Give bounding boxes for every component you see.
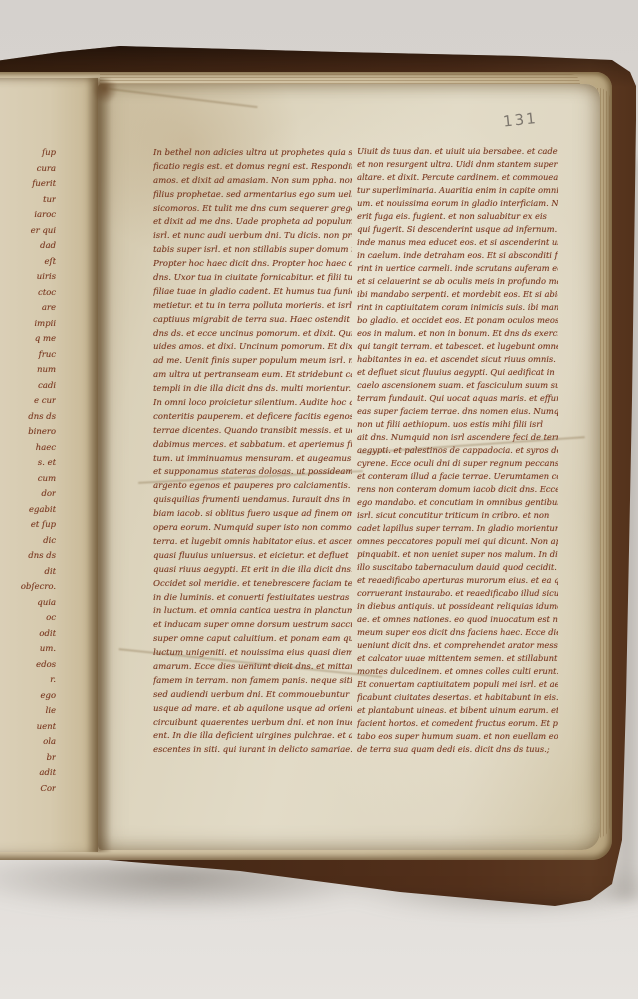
manuscript-text-line: adit [0, 766, 56, 782]
manuscript-text-line: tabo eos super humum suam. et non euella… [357, 730, 558, 743]
manuscript-text-line: escentes in siti. qui iurant in delicto … [153, 744, 352, 758]
manuscript-text-line: q me [0, 332, 56, 348]
manuscript-text-line: oc [0, 611, 56, 627]
manuscript-text-line: super omne caput caluitium. et ponam eam… [153, 633, 352, 647]
manuscript-text-line: odit [0, 627, 56, 643]
manuscript-text-line: et ſup [0, 518, 56, 534]
manuscript-text-line: qui tangit terram. et tabescet. et lugeb… [357, 340, 558, 353]
manuscript-text-line: et supponamus stateras dolosas. ut possi… [153, 466, 352, 480]
manuscript-text-line: et calcator uuae mittentem semen. et sti… [357, 652, 558, 665]
manuscript-text-line: are [0, 301, 56, 317]
manuscript-text-line: Propter hoc haec dicit dns. Propter hoc … [153, 258, 352, 272]
manuscript-text-line: luctum unigeniti. et nouissima eius quas… [153, 647, 352, 661]
manuscript-text-line: rens non conteram domum iacob dicit dns.… [357, 483, 558, 496]
gutter-fold-shadow [86, 78, 112, 852]
manuscript-text-line: biam iacob. si oblitus fuero usque ad fi… [153, 508, 352, 522]
manuscript-text-line: filius prophetae. sed armentarius ego su… [153, 189, 352, 203]
manuscript-text-line: tabis super isrl. et non stillabis super… [153, 244, 352, 258]
manuscript-text-line: dad [0, 239, 56, 255]
manuscript-text-line: opera eorum. Numquid super isto non comm… [153, 522, 352, 536]
manuscript-photo: 131 ſupcurafueritturiarocer quidadeſtuir… [0, 0, 638, 999]
manuscript-text-line: eas super faciem terrae. dns nomen eius.… [357, 405, 558, 418]
manuscript-text-line: montes dulcedinem. et omnes colles culti… [357, 665, 558, 678]
manuscript-text-line: sed audiendi uerbum dni. Et commouebuntu… [153, 689, 352, 703]
manuscript-text-line: ficabunt ciuitates desertas. et habitabu… [357, 691, 558, 704]
manuscript-text-line: erit fuga eis. fugient. et non saluabitu… [357, 210, 558, 223]
manuscript-text-line: s. et [0, 456, 56, 472]
manuscript-text-line: filiae tuae in gladio cadent. Et humus t… [153, 286, 352, 300]
manuscript-text-line: um. [0, 642, 56, 658]
manuscript-text-line: binero [0, 425, 56, 441]
manuscript-text-line: dic [0, 534, 56, 550]
facing-page-line-endings: ſupcurafueritturiarocer quidadeſtuirisct… [0, 146, 56, 806]
manuscript-text-line: in caelum. inde detraham eos. Et si absc… [357, 249, 558, 262]
manuscript-text-line: ibi mandabo serpenti. et mordebit eos. E… [357, 288, 558, 301]
manuscript-text-line: obſecro. [0, 580, 56, 596]
manuscript-text-line: e cur [0, 394, 56, 410]
manuscript-text-line: circuibunt quaerentes uerbum dni. et non… [153, 717, 352, 731]
manuscript-text-line: er qui [0, 224, 56, 240]
manuscript-text-line: omnes peccatores populi mei qui dicunt. … [357, 535, 558, 548]
manuscript-text-line: cyrene. Ecce oculi dni di super regnum p… [357, 457, 558, 470]
manuscript-text-line: usque ad mare. et ab aquilone usque ad o… [153, 703, 352, 717]
manuscript-text-line: eos in malum. et non in bonum. Et dns ds… [357, 327, 558, 340]
manuscript-text-line: ueniunt dicit dns. et comprehendet arato… [357, 639, 558, 652]
manuscript-text-line: et dixit ad me dns. Uade propheta ad pop… [153, 216, 352, 230]
manuscript-text-line: et defluet sicut fluuius aegypti. Qui ae… [357, 366, 558, 379]
manuscript-text-line: isrl. et nunc audi uerbum dni. Tu dicis.… [153, 230, 352, 244]
manuscript-text-line: ola [0, 735, 56, 751]
manuscript-text-line: dns ds [0, 549, 56, 565]
manuscript-text-line: tur [0, 193, 56, 209]
manuscript-text-line: tum. ut imminuamus mensuram. et augeamus… [153, 453, 352, 467]
manuscript-text-line: et non resurgent ultra. Uidi dnm stantem… [357, 158, 558, 171]
manuscript-text-line: ſup [0, 146, 56, 162]
manuscript-text-line: cadet lapillus super terram. In gladio m… [357, 522, 558, 535]
manuscript-text-line: impii [0, 317, 56, 333]
manuscript-text-line: In bethel non adicies ultra ut prophetes… [153, 147, 352, 161]
manuscript-text-line: et conteram illud a facie terrae. Uerumt… [357, 470, 558, 483]
manuscript-text-line: quasi fluuius uniuersus. et eicietur. et… [153, 550, 352, 564]
manuscript-text-line: facient hortos. et comedent fructus eoru… [357, 717, 558, 730]
manuscript-text-line: metietur. et tu in terra polluta morieri… [153, 300, 352, 314]
manuscript-text-line: cura [0, 162, 56, 178]
manuscript-text-line: qui fugerit. Si descenderint usque ad in… [357, 223, 558, 236]
manuscript-text-line: et si celauerint se ab oculis meis in pr… [357, 275, 558, 288]
manuscript-text-line: r. [0, 673, 56, 689]
manuscript-text-line: amos. et dixit ad amasiam. Non sum ppha.… [153, 175, 352, 189]
manuscript-text-line: um. et nouissima eorum in gladio interfi… [357, 197, 558, 210]
manuscript-text-line: argento egenos et pauperes pro calciamen… [153, 480, 352, 494]
manuscript-text-line: edos [0, 658, 56, 674]
manuscript-text-line: uides amos. et dixi. Uncinum pomorum. Et… [153, 341, 352, 355]
manuscript-text-line: Uiuit ds tuus dan. et uiuit uia bersabee… [357, 145, 558, 158]
manuscript-text-line: tur superliminaria. Auaritia enim in cap… [357, 184, 558, 197]
manuscript-text-line: rint in captiuitatem coram inimicis suis… [357, 301, 558, 314]
manuscript-text-line: famem in terram. non famem panis. neque … [153, 675, 352, 689]
manuscript-text-line: et inducam super omne dorsum uestrum sac… [153, 619, 352, 633]
manuscript-text-line: in die luminis. et conuerti festiuitates… [153, 592, 352, 606]
manuscript-text-line: ae. et omnes nationes. eo quod inuocatum… [357, 613, 558, 626]
manuscript-text-line: quisquilias frumenti uendamus. Iurauit d… [153, 494, 352, 508]
left-text-column: In bethel non adicies ultra ut prophetes… [153, 147, 352, 760]
manuscript-text-line: altare. et dixit. Percute cardinem. et c… [357, 171, 558, 184]
right-text-column: Uiuit ds tuus dan. et uiuit uia bersabee… [357, 145, 558, 758]
manuscript-text-line: non ut filii aethiopum. uos estis mihi f… [357, 418, 558, 431]
manuscript-text-line: lie [0, 704, 56, 720]
manuscript-text-line: terra. et lugebit omnis habitator eius. … [153, 536, 352, 550]
manuscript-text-line: ad me. Uenit finis super populum meum is… [153, 355, 352, 369]
manuscript-text-line: uent [0, 720, 56, 736]
manuscript-text-line: Et conuertam captiuitatem populi mei isr… [357, 678, 558, 691]
manuscript-text-line: dns ds [0, 410, 56, 426]
manuscript-text-line: cadi [0, 379, 56, 395]
manuscript-text-line: dit [0, 565, 56, 581]
manuscript-text-line: egabit [0, 503, 56, 519]
manuscript-text-line: amarum. Ecce dies ueniunt dicit dns. et … [153, 661, 352, 675]
manuscript-text-line: habitantes in ea. et ascendet sicut riuu… [357, 353, 558, 366]
manuscript-text-line: cum [0, 472, 56, 488]
manuscript-text-line: ego mandabo. et concutiam in omnibus gen… [357, 496, 558, 509]
manuscript-text-line: sicomoros. Et tulit me dns cum sequerer … [153, 203, 352, 217]
manuscript-text-line: captiuus migrabit de terra sua. Haec ost… [153, 314, 352, 328]
manuscript-text-line: iaroc [0, 208, 56, 224]
manuscript-text-line: rint in uertice carmeli. inde scrutans a… [357, 262, 558, 275]
manuscript-text-line: conteritis pauperem. et deficere facitis… [153, 411, 352, 425]
manuscript-text-line: caelo ascensionem suam. et fasciculum su… [357, 379, 558, 392]
manuscript-text-line: ego [0, 689, 56, 705]
manuscript-text-line: in luctum. et omnia cantica uestra in pl… [153, 605, 352, 619]
manuscript-text-line: eſt [0, 255, 56, 271]
manuscript-text-line: Occidet sol meridie. et tenebrescere fac… [153, 578, 352, 592]
manuscript-text-line: quia [0, 596, 56, 612]
manuscript-text-line: corruerant instaurabo. et reaedificabo i… [357, 587, 558, 600]
manuscript-text-line: ait dns. Numquid non isrl ascendere feci… [357, 431, 558, 444]
manuscript-text-line: haec [0, 441, 56, 457]
manuscript-text-line: dabimus merces. et sabbatum. et aperiemu… [153, 439, 352, 453]
manuscript-text-line: fuerit [0, 177, 56, 193]
manuscript-text-line: ent. In die illa deficient uirgines pulc… [153, 730, 352, 744]
manuscript-text-line: illo suscitabo tabernaculum dauid quod c… [357, 561, 558, 574]
manuscript-text-line: templi in die illa dicit dns ds. multi m… [153, 383, 352, 397]
manuscript-text-line: quasi riuus aegypti. Et erit in die illa… [153, 564, 352, 578]
manuscript-text-line: bo gladio. et occidet eos. Et ponam ocul… [357, 314, 558, 327]
manuscript-text-line: dor [0, 487, 56, 503]
manuscript-text-line: aegypti. et palestinos de cappadocia. et… [357, 444, 558, 457]
gutter-top-notch [92, 82, 118, 104]
manuscript-text-line: meum super eos dicit dns faciens haec. E… [357, 626, 558, 639]
manuscript-text-line: In omni loco proicietur silentium. Audit… [153, 397, 352, 411]
manuscript-text-line: isrl. sicut concutitur triticum in cribr… [357, 509, 558, 522]
manuscript-text-line: de terra sua quam dedi eis. dicit dns ds… [357, 743, 558, 756]
manuscript-text-line: fruc [0, 348, 56, 364]
manuscript-text-line: am ultra ut pertranseam eum. Et stridebu… [153, 369, 352, 383]
manuscript-text-line: et reaedificabo aperturas murorum eius. … [357, 574, 558, 587]
manuscript-text-line: ficatio regis est. et domus regni est. R… [153, 161, 352, 175]
manuscript-text-line: ctoc [0, 286, 56, 302]
manuscript-text-line: in diebus antiquis. ut possideant reliqu… [357, 600, 558, 613]
manuscript-text-line: pinquabit. et non ueniet super nos malum… [357, 548, 558, 561]
manuscript-text-line: uiris [0, 270, 56, 286]
manuscript-text-line: terram fundauit. Qui uocat aquas maris. … [357, 392, 558, 405]
manuscript-text-line: br [0, 751, 56, 767]
manuscript-text-line: num [0, 363, 56, 379]
manuscript-text-line: terrae dicentes. Quando transibit messis… [153, 425, 352, 439]
manuscript-text-line: et plantabunt uineas. et bibent uinum ea… [357, 704, 558, 717]
manuscript-text-line: inde manus mea educet eos. et si ascende… [357, 236, 558, 249]
manuscript-text-line: dns. Uxor tua in ciuitate fornicabitur. … [153, 272, 352, 286]
manuscript-text-line: dns ds. et ecce uncinus pomorum. et dixi… [153, 328, 352, 342]
manuscript-text-line: Cor [0, 782, 56, 798]
